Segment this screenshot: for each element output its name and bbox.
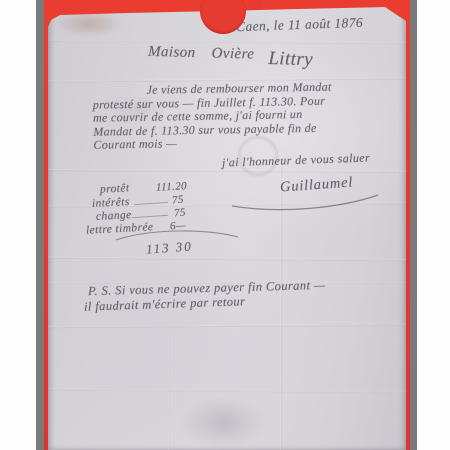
fold-crease [48, 324, 406, 328]
recipient-salutation: Maison [148, 44, 196, 61]
photo-of-letter: Caen, le 11 août 1876 Maison Ovière Litt… [0, 0, 450, 450]
account-row-value: 111.20 [156, 180, 188, 194]
signature-flourish [226, 190, 386, 214]
fold-crease [48, 40, 406, 44]
recipient-place: Littry [268, 48, 313, 70]
letter-body: Je viens de rembourser mon Mandat protes… [92, 79, 405, 152]
recipient-line: Maison Ovière Littry [148, 44, 314, 71]
filler-dash [132, 215, 168, 219]
account-row-label: protêt [100, 182, 130, 196]
letter-paper: Caen, le 11 août 1876 Maison Ovière Litt… [48, 0, 406, 450]
account-total: 113 30 [145, 238, 193, 257]
fold-crease [48, 388, 406, 393]
account-row-label: change [96, 209, 132, 223]
recipient-name: Ovière [211, 46, 254, 63]
crumple-mark [178, 395, 268, 450]
fold-crease [168, 330, 170, 450]
account-row-label: intérêts [92, 196, 130, 210]
dateline: Caen, le 11 août 1876 [236, 15, 363, 35]
fold-crease [48, 257, 406, 261]
stain-mark [56, 12, 122, 36]
account-row-value: 75 [171, 193, 184, 206]
account-row-value: 75 [173, 206, 186, 219]
